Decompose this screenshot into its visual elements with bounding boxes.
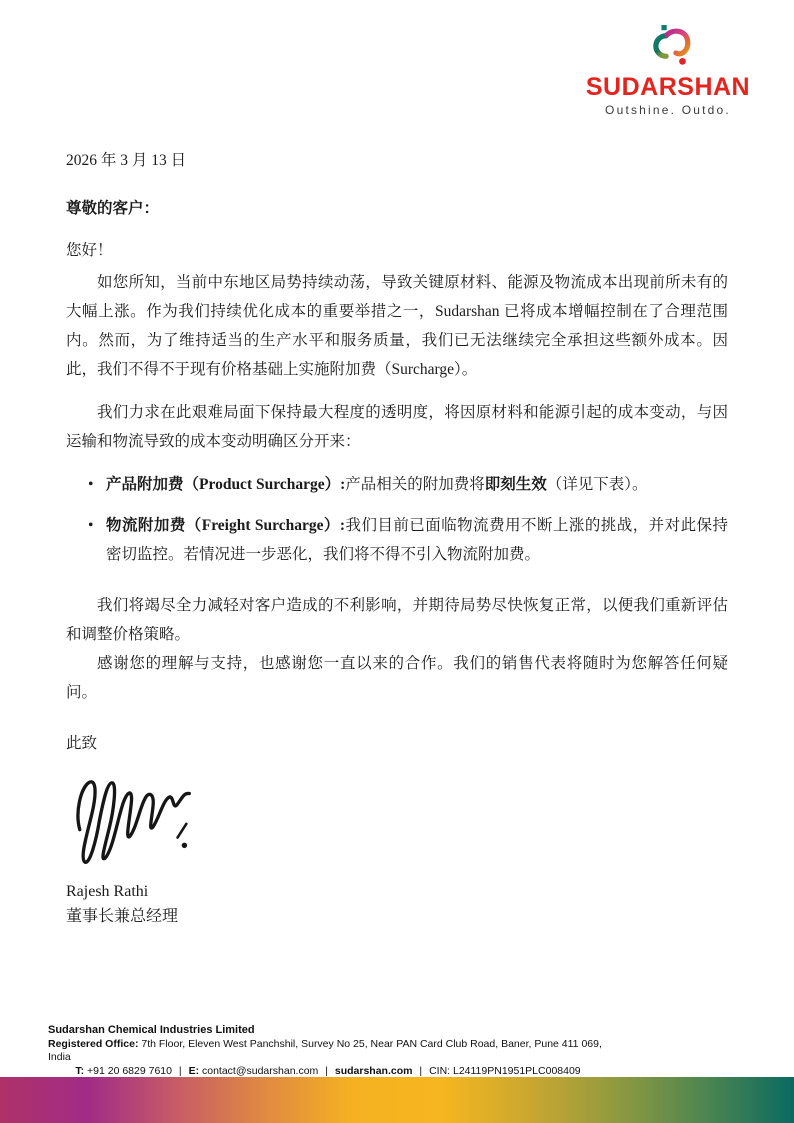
separator: |: [179, 1065, 182, 1079]
brand-logo: SUDARSHAN Outshine. Outdo.: [578, 22, 758, 117]
letter-date: 2026 年 3 月 13 日: [66, 150, 728, 172]
paragraph-transparency: 我们力求在此艰难局面下保持最大程度的透明度，将因原材料和能源引起的成本变动，与因…: [66, 398, 728, 456]
email-address: contact@sudarshan.com: [202, 1065, 318, 1077]
product-surcharge-label: 产品附加费（Product Surcharge）:: [106, 476, 345, 493]
signer-name: Rajesh Rathi: [66, 879, 728, 904]
paragraph-intro: 如您所知，当前中东地区局势持续动荡，导致关键原材料、能源及物流成本出现前所未有的…: [66, 268, 728, 384]
salutation: 尊敬的客户：: [66, 198, 728, 220]
greeting: 您好！: [66, 240, 728, 262]
surcharge-bullet-list: •产品附加费（Product Surcharge）:产品相关的附加费将即刻生效（…: [66, 470, 728, 569]
phone-number: +91 20 6829 7610: [87, 1065, 172, 1077]
bullet-freight-surcharge: •物流附加费（Freight Surcharge）:我们目前已面临物流费用不断上…: [88, 511, 728, 569]
footer-registered-office: Registered Office: 7th Floor, Eleven Wes…: [48, 1038, 608, 1065]
product-surcharge-emphasis: 即刻生效: [485, 476, 547, 493]
paragraph-thanks: 感谢您的理解与支持，也感谢您一直以来的合作。我们的销售代表将随时为您解答任何疑问…: [66, 649, 728, 707]
signature-image: [70, 767, 202, 865]
email-label: E:: [189, 1065, 200, 1077]
brand-logo-icon: [640, 22, 696, 70]
separator: |: [419, 1065, 422, 1079]
brand-tagline: Outshine. Outdo.: [578, 103, 758, 117]
footer-gradient-bar: [0, 1077, 794, 1123]
product-surcharge-text: 产品相关的附加费将: [345, 476, 485, 493]
website: sudarshan.com: [335, 1065, 413, 1077]
paragraph-mitigation: 我们将竭尽全力减轻对客户造成的不利影响，并期待局势尽快恢复正常，以便我们重新评估…: [66, 591, 728, 649]
footer-contact-line: T: +91 20 6829 7610 | E: contact@sudarsh…: [48, 1065, 608, 1079]
phone-label: T:: [75, 1065, 84, 1077]
brand-wordmark: SUDARSHAN: [578, 74, 758, 100]
bullet-marker: •: [88, 470, 93, 499]
freight-surcharge-label: 物流附加费（Freight Surcharge）:: [106, 517, 345, 534]
footer-company-name: Sudarshan Chemical Industries Limited: [48, 1024, 608, 1038]
product-surcharge-text-2: （详见下表）。: [547, 476, 648, 493]
signer-title: 董事长兼总经理: [66, 904, 728, 929]
cin-number: CIN: L24119PN1951PLC008409: [429, 1065, 581, 1077]
registered-office-label: Registered Office:: [48, 1038, 138, 1050]
footer: Sudarshan Chemical Industries Limited Re…: [48, 1024, 608, 1078]
separator: |: [325, 1065, 328, 1079]
closing: 此致: [66, 733, 728, 755]
letter-page: SUDARSHAN Outshine. Outdo. 2026 年 3 月 13…: [0, 0, 794, 1123]
letter-content: 2026 年 3 月 13 日 尊敬的客户： 您好！ 如您所知，当前中东地区局势…: [66, 150, 728, 929]
bullet-product-surcharge: •产品附加费（Product Surcharge）:产品相关的附加费将即刻生效（…: [88, 470, 728, 499]
bullet-marker: •: [88, 511, 93, 540]
